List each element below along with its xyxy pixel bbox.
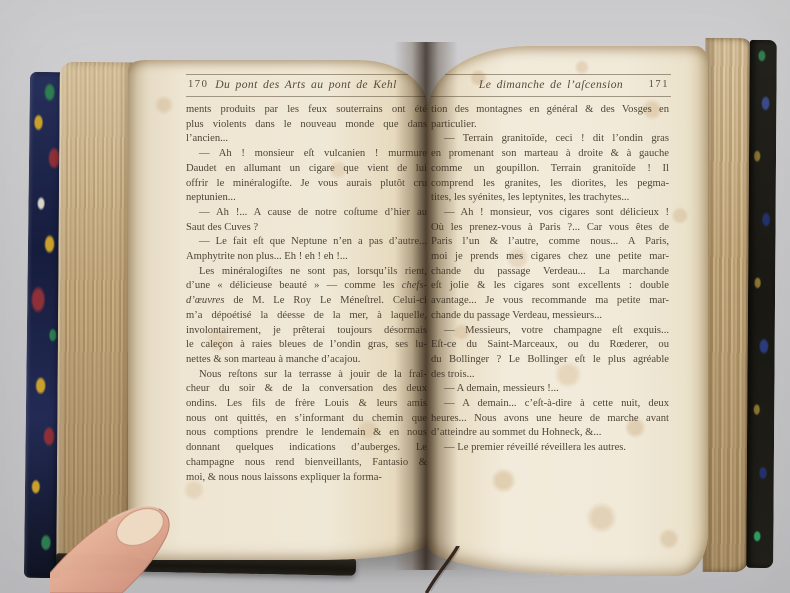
text-line: tion des montagnes en général & des Vosg…	[431, 103, 669, 118]
text-line: du Bollinger ? Le Bollinger eſt le plus …	[431, 353, 669, 368]
text-line: Où les prenez-vous à Paris ?... Car vous…	[431, 221, 669, 236]
header-rule-top	[431, 74, 671, 75]
text-line: champagne nous rend bienveillants, Fanta…	[186, 456, 427, 471]
text-line: d’œuvres de M. Le Roy Le Méneſtrel. Celu…	[186, 294, 427, 309]
text-line: comme un goupillon. Terrain granitoïde !…	[431, 162, 669, 177]
text-line: — Messieurs, votre champagne eſt exquis.…	[431, 324, 669, 339]
header-rule-top	[186, 74, 426, 75]
text-line: plus violents dans le nouveau monde que …	[186, 118, 427, 133]
text-line: — Ah ! monsieur eſt vulcanien ! murmure	[186, 147, 427, 162]
header-rule-bottom	[431, 96, 671, 97]
text-line: le caleçon à raies bleues de l’ondin gra…	[186, 338, 427, 353]
text-line: involontairement, je prêterai toujours d…	[186, 324, 427, 339]
text-line: — Ah !... A cause de notre coſtume d’hie…	[186, 206, 427, 221]
text-line: particulier.	[431, 118, 669, 133]
left-running-title: Du pont des Arts au pont de Kehl	[186, 77, 426, 93]
text-line: — Le fait eſt que Neptune n’en a pas d’a…	[186, 235, 427, 250]
text-line: Les minéralogiſtes ne sont pas, lorsqu’i…	[186, 265, 427, 280]
right-page-header: Le dimanche de l’aſcension 171	[431, 74, 671, 97]
text-line: eſt jolie & les cigares sont excellents …	[431, 279, 669, 294]
text-line: nettes & son marteau à manche d’acajou.	[186, 353, 427, 368]
text-line: nous ont quittés, en s’informant du chem…	[186, 412, 427, 427]
left-page-number: 170	[188, 77, 208, 93]
text-line: — A demain... c’eſt-à-dire à cette nuit,…	[431, 397, 669, 412]
text-line: neptunien...	[186, 191, 427, 206]
text-line: m’a dépoétisé la déesse de la mer, à laq…	[186, 309, 427, 324]
text-line: Nous reſtons sur la terrasse à jouir de …	[186, 368, 427, 383]
left-page: 170 Du pont des Arts au pont de Kehl men…	[128, 60, 428, 560]
right-page-number: 171	[649, 77, 669, 93]
ribbon-bookmark	[414, 546, 474, 593]
text-line: cheur du soir & de la conversation des d…	[186, 382, 427, 397]
text-line: avantage... Je vous recommande ma petite…	[431, 294, 669, 309]
text-line: chande du passage Verdeau... La marchand…	[431, 265, 669, 280]
right-running-title: Le dimanche de l’aſcension	[431, 77, 671, 93]
header-rule-bottom	[186, 96, 426, 97]
text-line: comprend les granites, les diorites, les…	[431, 177, 669, 192]
text-line: donnant quelques indications d’auberges.…	[186, 441, 427, 456]
text-line: Eſt-ce du Saint-Marceaux, ou du Rœderer,…	[431, 338, 669, 353]
text-line: tites, les syénites, les leptynites, les…	[431, 191, 669, 206]
text-line: heures... Nous avons une heure de marche…	[431, 412, 669, 427]
text-line: des trois...	[431, 368, 669, 383]
left-page-body: ments produits par les feux souterrains …	[186, 103, 427, 485]
text-line: ondins. Les fils de frère Louis & leurs …	[186, 397, 427, 412]
text-line: l’ancien...	[186, 132, 427, 147]
text-line: — A demain, messieurs !...	[431, 382, 669, 397]
text-line: — Ah ! monsieur, vos cigares sont délici…	[431, 206, 669, 221]
page-edges-right	[703, 38, 752, 572]
right-page-body: tion des montagnes en général & des Vosg…	[431, 103, 669, 456]
text-line: chande du passage Verdeau, messieurs...	[431, 309, 669, 324]
text-line: d’une « délicieuse beauté » — comme les …	[186, 279, 427, 294]
text-line: Saut des Cuves ?	[186, 221, 427, 236]
text-line: nous comptions prendre le lendemain & en…	[186, 426, 427, 441]
text-line: Paris l’un & l’autre, comme nous... A Pa…	[431, 235, 669, 250]
text-line: ments produits par les feux souterrains …	[186, 103, 427, 118]
text-line: — Le premier réveillé réveillera les aut…	[431, 441, 669, 456]
text-line: offrir le minéralogiſte. Je vous aurais …	[186, 177, 427, 192]
text-line: d’atteindre au sommet du Hohneck, &...	[431, 426, 669, 441]
text-line: en promenant son marteau à droite & à ga…	[431, 147, 669, 162]
right-page: Le dimanche de l’aſcension 171 tion des …	[428, 46, 708, 576]
text-line: Amphytrite non plus... Eh ! eh ! eh !...	[186, 250, 427, 265]
thumb	[50, 494, 200, 593]
text-line: moi je prends mes cigares chez une petit…	[431, 250, 669, 265]
left-page-header: 170 Du pont des Arts au pont de Kehl	[186, 74, 426, 97]
text-line: Daudet en allumant un cigare que vient d…	[186, 162, 427, 177]
photograph: 170 Du pont des Arts au pont de Kehl men…	[0, 0, 790, 593]
text-line: moi, & nous nous laissons expliquer la f…	[186, 471, 427, 486]
marbled-cover-right	[746, 40, 777, 568]
text-line: — Terrain granitoïde, ceci ! dit l’ondin…	[431, 132, 669, 147]
